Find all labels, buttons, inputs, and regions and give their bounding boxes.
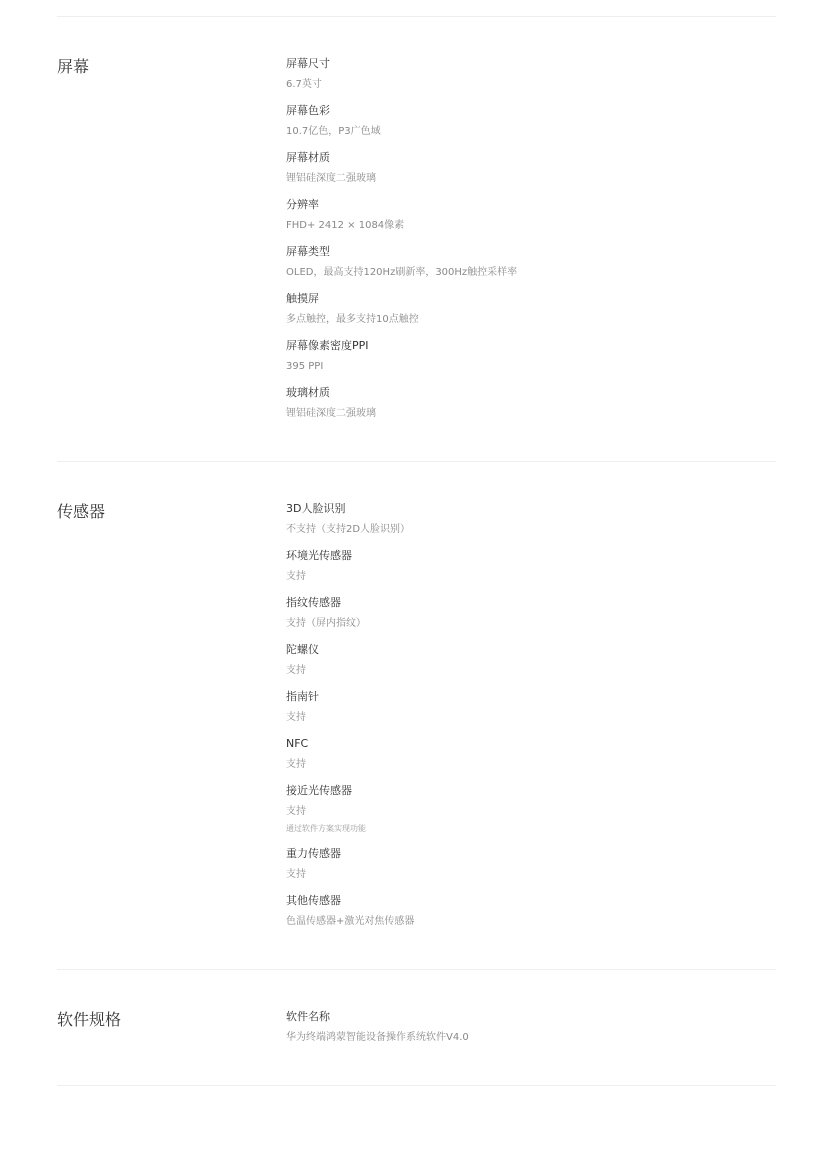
spec-item: 指纹传感器 支持（屏内指纹）: [286, 596, 776, 631]
spec-label: 3D人脸识别: [286, 502, 776, 516]
spec-label: 其他传感器: [286, 894, 776, 908]
spec-label: 指纹传感器: [286, 596, 776, 610]
spec-label: 软件名称: [286, 1010, 776, 1024]
spec-note: 通过软件方案实现功能: [286, 823, 776, 835]
spec-label: 屏幕材质: [286, 151, 776, 165]
spec-label: 屏幕色彩: [286, 104, 776, 118]
section-software: 软件规格 软件名称 华为终端鸿蒙智能设备操作系统软件V4.0: [57, 970, 776, 1085]
spec-value: OLED，最高支持120Hz刷新率，300Hz触控采样率: [286, 266, 776, 280]
spec-list: 软件名称 华为终端鸿蒙智能设备操作系统软件V4.0: [286, 1010, 776, 1057]
spec-label: 环境光传感器: [286, 549, 776, 563]
spec-item: 触摸屏 多点触控，最多支持10点触控: [286, 292, 776, 327]
spec-item: 陀螺仪 支持: [286, 643, 776, 678]
spec-item: 分辨率 FHD+ 2412 × 1084像素: [286, 198, 776, 233]
spec-label: NFC: [286, 737, 776, 751]
spec-item: 接近光传感器 支持 通过软件方案实现功能: [286, 784, 776, 835]
spec-value: 10.7亿色，P3广色域: [286, 125, 776, 139]
spec-item: 环境光传感器 支持: [286, 549, 776, 584]
spec-label: 陀螺仪: [286, 643, 776, 657]
spec-item: 屏幕类型 OLED，最高支持120Hz刷新率，300Hz触控采样率: [286, 245, 776, 280]
spec-value: 锂铝硅深度二强玻璃: [286, 407, 776, 421]
spec-item: 指南针 支持: [286, 690, 776, 725]
spec-item: 软件名称 华为终端鸿蒙智能设备操作系统软件V4.0: [286, 1010, 776, 1045]
spec-value: 锂铝硅深度二强玻璃: [286, 172, 776, 186]
section-title: 屏幕: [57, 57, 286, 433]
spec-label: 屏幕类型: [286, 245, 776, 259]
spec-page: 屏幕 屏幕尺寸 6.7英寸 屏幕色彩 10.7亿色，P3广色域 屏幕材质 锂铝硅…: [57, 16, 776, 1086]
spec-value: 支持: [286, 711, 776, 725]
spec-item: 屏幕像素密度PPI 395 PPI: [286, 339, 776, 374]
spec-value: 支持（屏内指纹）: [286, 617, 776, 631]
spec-value: 色温传感器+激光对焦传感器: [286, 915, 776, 929]
spec-value: 支持: [286, 868, 776, 882]
spec-value: 不支持（支持2D人脸识别）: [286, 523, 776, 537]
spec-value: 支持: [286, 758, 776, 772]
spec-item: 玻璃材质 锂铝硅深度二强玻璃: [286, 386, 776, 421]
spec-value: 支持: [286, 805, 776, 819]
spec-value: 支持: [286, 664, 776, 678]
spec-label: 分辨率: [286, 198, 776, 212]
spec-label: 屏幕尺寸: [286, 57, 776, 71]
spec-value: 支持: [286, 570, 776, 584]
spec-value: 6.7英寸: [286, 78, 776, 92]
spec-item: 屏幕尺寸 6.7英寸: [286, 57, 776, 92]
spec-item: 屏幕色彩 10.7亿色，P3广色域: [286, 104, 776, 139]
spec-label: 接近光传感器: [286, 784, 776, 798]
spec-item: 屏幕材质 锂铝硅深度二强玻璃: [286, 151, 776, 186]
spec-list: 屏幕尺寸 6.7英寸 屏幕色彩 10.7亿色，P3广色域 屏幕材质 锂铝硅深度二…: [286, 57, 776, 433]
spec-value: FHD+ 2412 × 1084像素: [286, 219, 776, 233]
section-screen: 屏幕 屏幕尺寸 6.7英寸 屏幕色彩 10.7亿色，P3广色域 屏幕材质 锂铝硅…: [57, 17, 776, 461]
spec-item: NFC 支持: [286, 737, 776, 772]
spec-item: 重力传感器 支持: [286, 847, 776, 882]
spec-item: 3D人脸识别 不支持（支持2D人脸识别）: [286, 502, 776, 537]
spec-label: 玻璃材质: [286, 386, 776, 400]
spec-label: 重力传感器: [286, 847, 776, 861]
divider-bottom: [57, 1085, 776, 1086]
spec-label: 指南针: [286, 690, 776, 704]
section-title: 软件规格: [57, 1010, 286, 1057]
spec-label: 屏幕像素密度PPI: [286, 339, 776, 353]
spec-value: 395 PPI: [286, 360, 776, 374]
spec-value: 华为终端鸿蒙智能设备操作系统软件V4.0: [286, 1031, 776, 1045]
section-sensors: 传感器 3D人脸识别 不支持（支持2D人脸识别） 环境光传感器 支持 指纹传感器…: [57, 462, 776, 969]
spec-value: 多点触控，最多支持10点触控: [286, 313, 776, 327]
spec-list: 3D人脸识别 不支持（支持2D人脸识别） 环境光传感器 支持 指纹传感器 支持（…: [286, 502, 776, 941]
spec-label: 触摸屏: [286, 292, 776, 306]
spec-item: 其他传感器 色温传感器+激光对焦传感器: [286, 894, 776, 929]
section-title: 传感器: [57, 502, 286, 941]
